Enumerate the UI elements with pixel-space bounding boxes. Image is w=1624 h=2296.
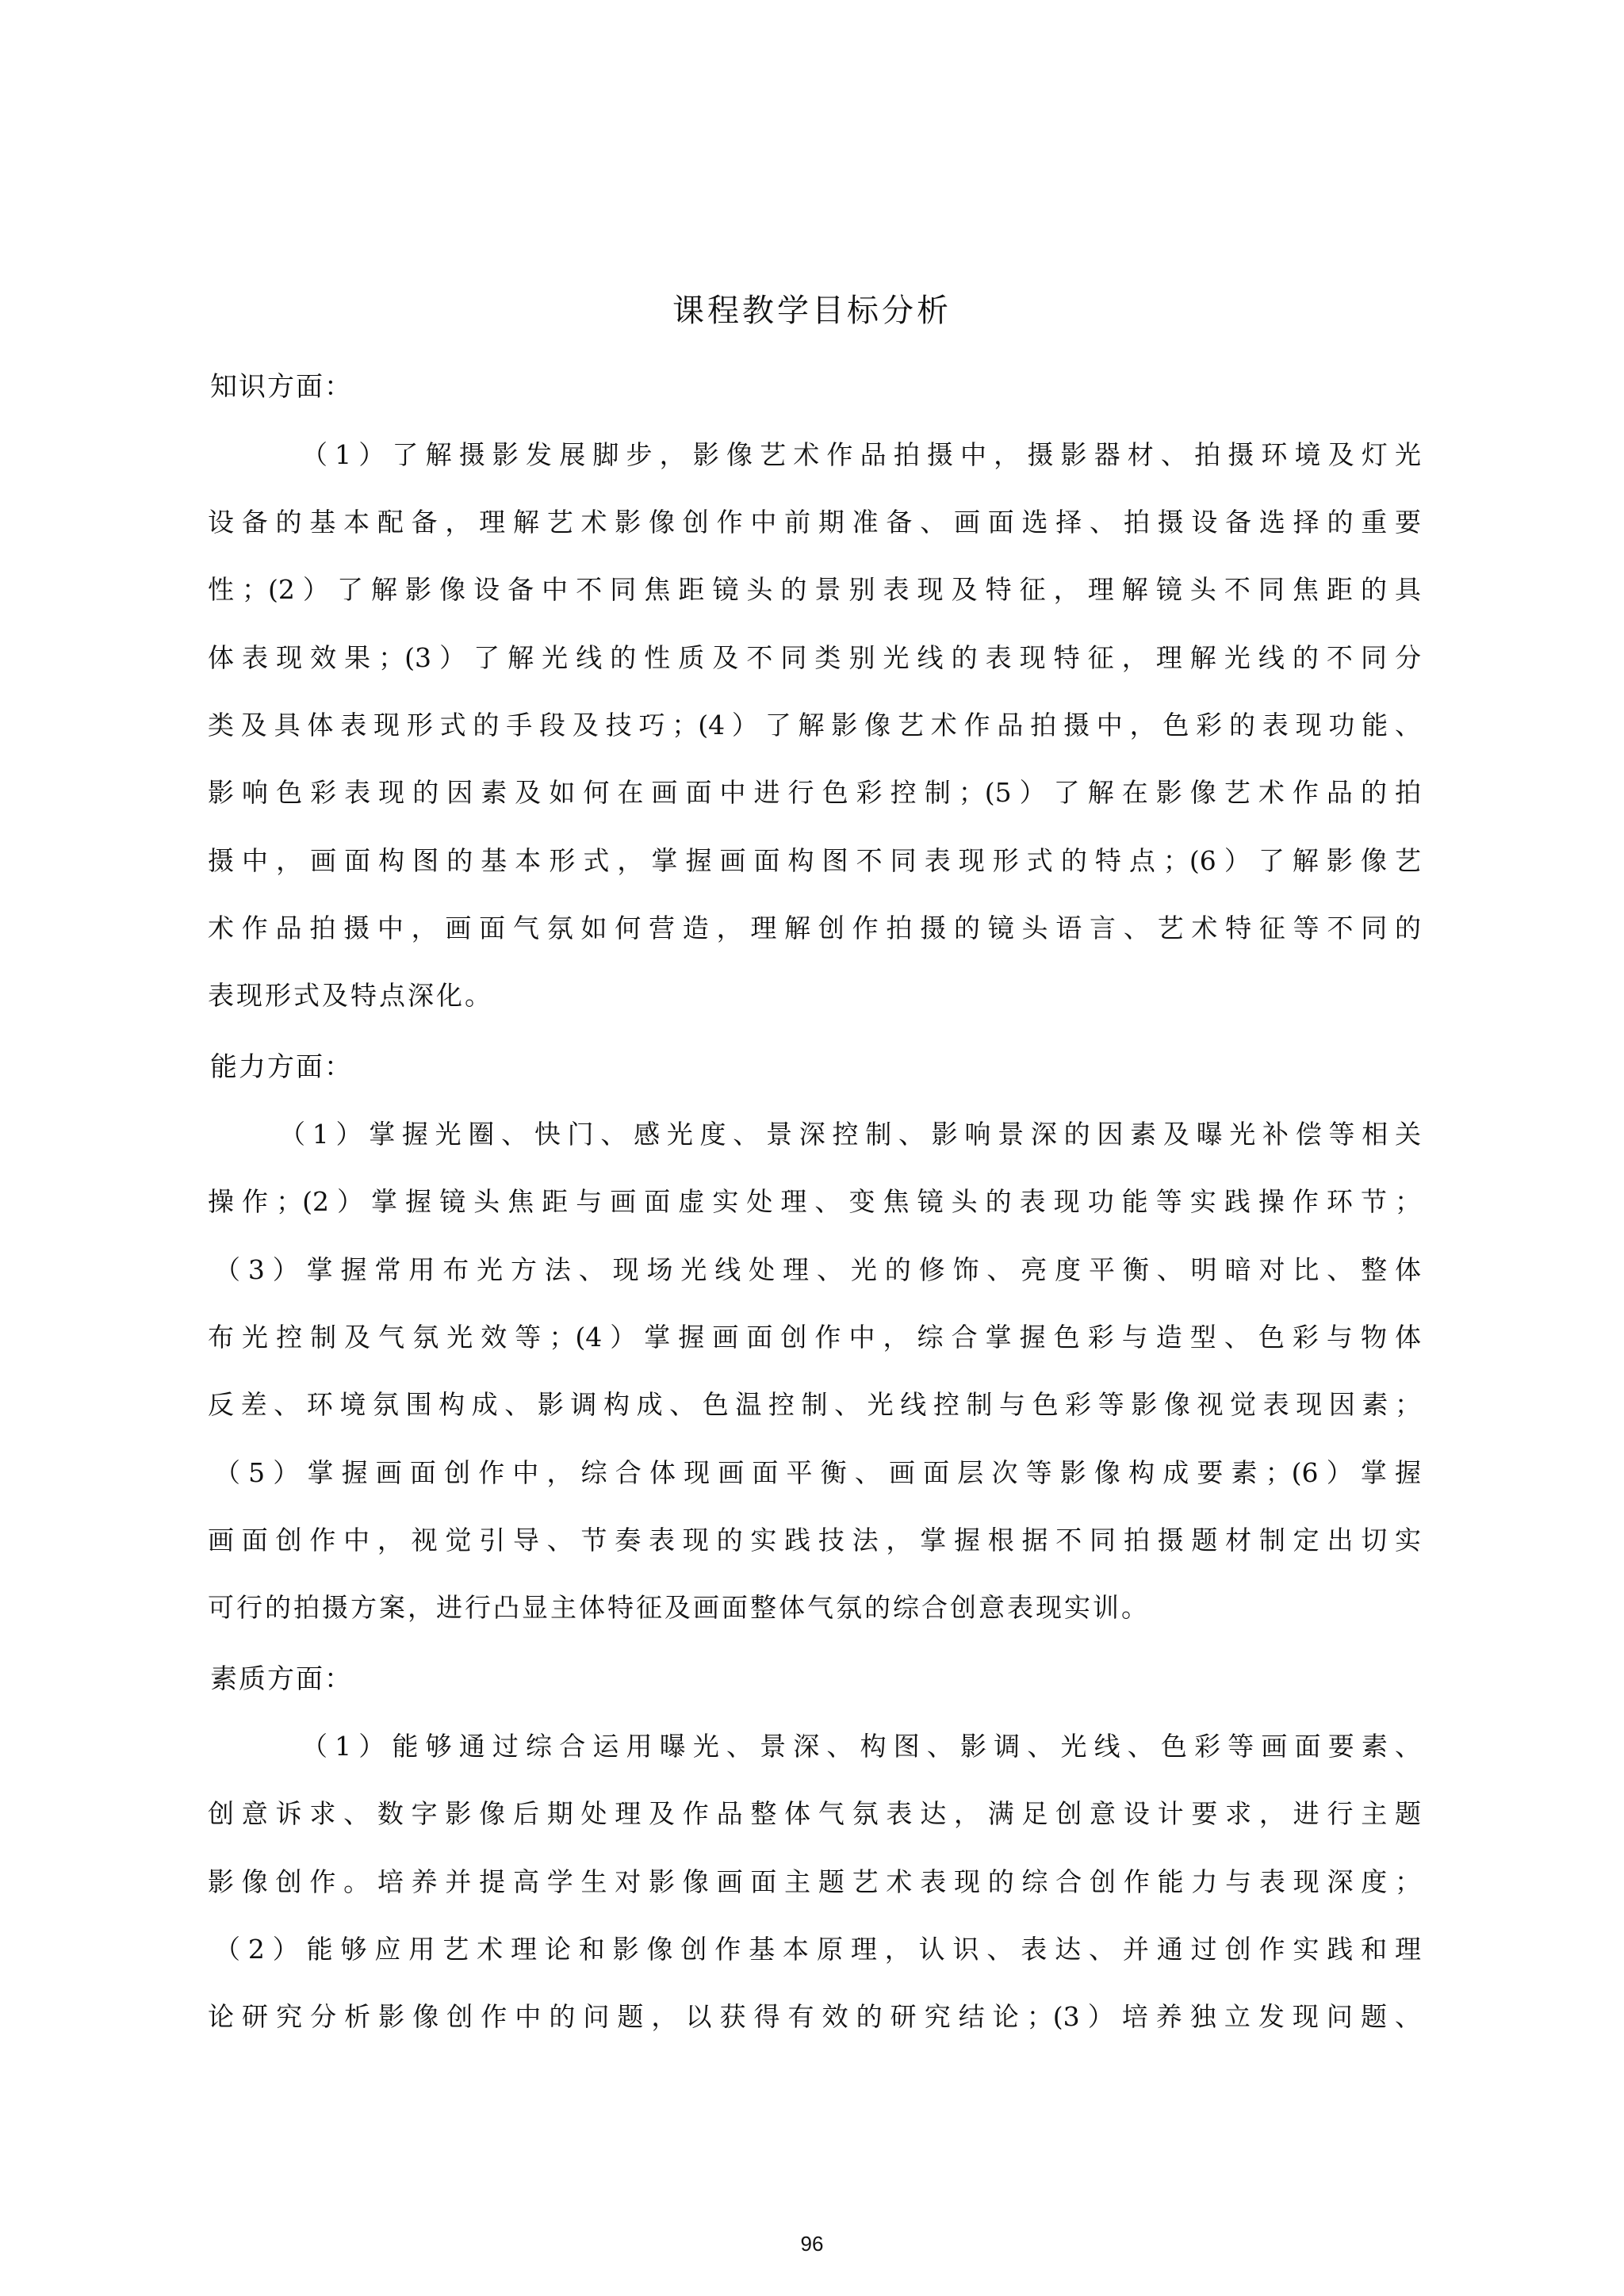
document-page: 课程教学目标分析 知识方面： （1）了解摄影发展脚步，影像艺术作品拍摄中，摄影器… xyxy=(0,0,1624,2296)
paragraph-line: （5）掌握画面创作中，综合体现画面平衡、画面层次等影像构成要素；(6）掌握 xyxy=(214,1457,1421,1489)
paragraph-line: 布光控制及气氛光效等；(4）掌握画面创作中，综合掌握色彩与造型、色彩与物体 xyxy=(208,1322,1421,1353)
paragraph-line: 可行的拍摄方案，进行凸显主体特征及画面整体气氛的综合创意表现实训。 xyxy=(208,1592,1421,1624)
paragraph-line: （1）了解摄影发展脚步，影像艺术作品拍摄中，摄影器材、拍摄环境及灯光 xyxy=(301,439,1421,471)
page-number: 96 xyxy=(0,2232,1624,2256)
paragraph-line: （1）能够通过综合运用曝光、景深、构图、影调、光线、色彩等画面要素、 xyxy=(301,1731,1421,1762)
page-title: 课程教学目标分析 xyxy=(0,285,1624,331)
paragraph-line: 类及具体表现形式的手段及技巧；(4）了解影像艺术作品拍摄中，色彩的表现功能、 xyxy=(208,710,1421,741)
paragraph-line: 设备的基本配备，理解艺术影像创作中前期准备、画面选择、拍摄设备选择的重要 xyxy=(208,507,1421,538)
paragraph-line: 创意诉求、数字影像后期处理及作品整体气氛表达，满足创意设计要求，进行主题 xyxy=(208,1798,1421,1830)
paragraph-line: （2）能够应用艺术理论和影像创作基本原理，认识、表达、并通过创作实践和理 xyxy=(214,1934,1421,1965)
paragraph-line: 影响色彩表现的因素及如何在画面中进行色彩控制；(5）了解在影像艺术作品的拍 xyxy=(208,777,1421,809)
paragraph-line: （1）掌握光圈、快门、感光度、景深控制、影响景深的因素及曝光补偿等相关 xyxy=(279,1119,1421,1150)
paragraph-line: 操作；(2）掌握镜头焦距与画面虚实处理、变焦镜头的表现功能等实践操作环节； xyxy=(208,1186,1421,1218)
paragraph-line: （3）掌握常用布光方法、现场光线处理、光的修饰、亮度平衡、明暗对比、整体 xyxy=(214,1254,1421,1286)
paragraph-line: 影像创作。培养并提高学生对影像画面主题艺术表现的综合创作能力与表现深度； xyxy=(208,1866,1421,1898)
section-heading-knowledge: 知识方面： xyxy=(210,365,353,404)
paragraph-line: 画面创作中，视觉引导、节奏表现的实践技法，掌握根据不同拍摄题材制定出切实 xyxy=(208,1525,1421,1556)
paragraph-line: 表现形式及特点深化。 xyxy=(208,980,1421,1012)
section-heading-quality: 素质方面： xyxy=(210,1657,353,1696)
paragraph-line: 反差、环境氛围构成、影调构成、色温控制、光线控制与色彩等影像视觉表现因素； xyxy=(208,1389,1421,1421)
paragraph-line: 论研究分析影像创作中的问题，以获得有效的研究结论；(3）培养独立发现问题、 xyxy=(208,2001,1421,2033)
section-heading-ability: 能力方面： xyxy=(210,1045,353,1084)
paragraph-line: 性；(2）了解影像设备中不同焦距镜头的景别表现及特征，理解镜头不同焦距的具 xyxy=(208,574,1421,606)
paragraph-line: 术作品拍摄中，画面气氛如何营造，理解创作拍摄的镜头语言、艺术特征等不同的 xyxy=(208,913,1421,944)
paragraph-line: 体表现效果；(3）了解光线的性质及不同类别光线的表现特征，理解光线的不同分 xyxy=(208,642,1421,674)
paragraph-line: 摄中，画面构图的基本形式，掌握画面构图不同表现形式的特点；(6）了解影像艺 xyxy=(208,845,1421,877)
